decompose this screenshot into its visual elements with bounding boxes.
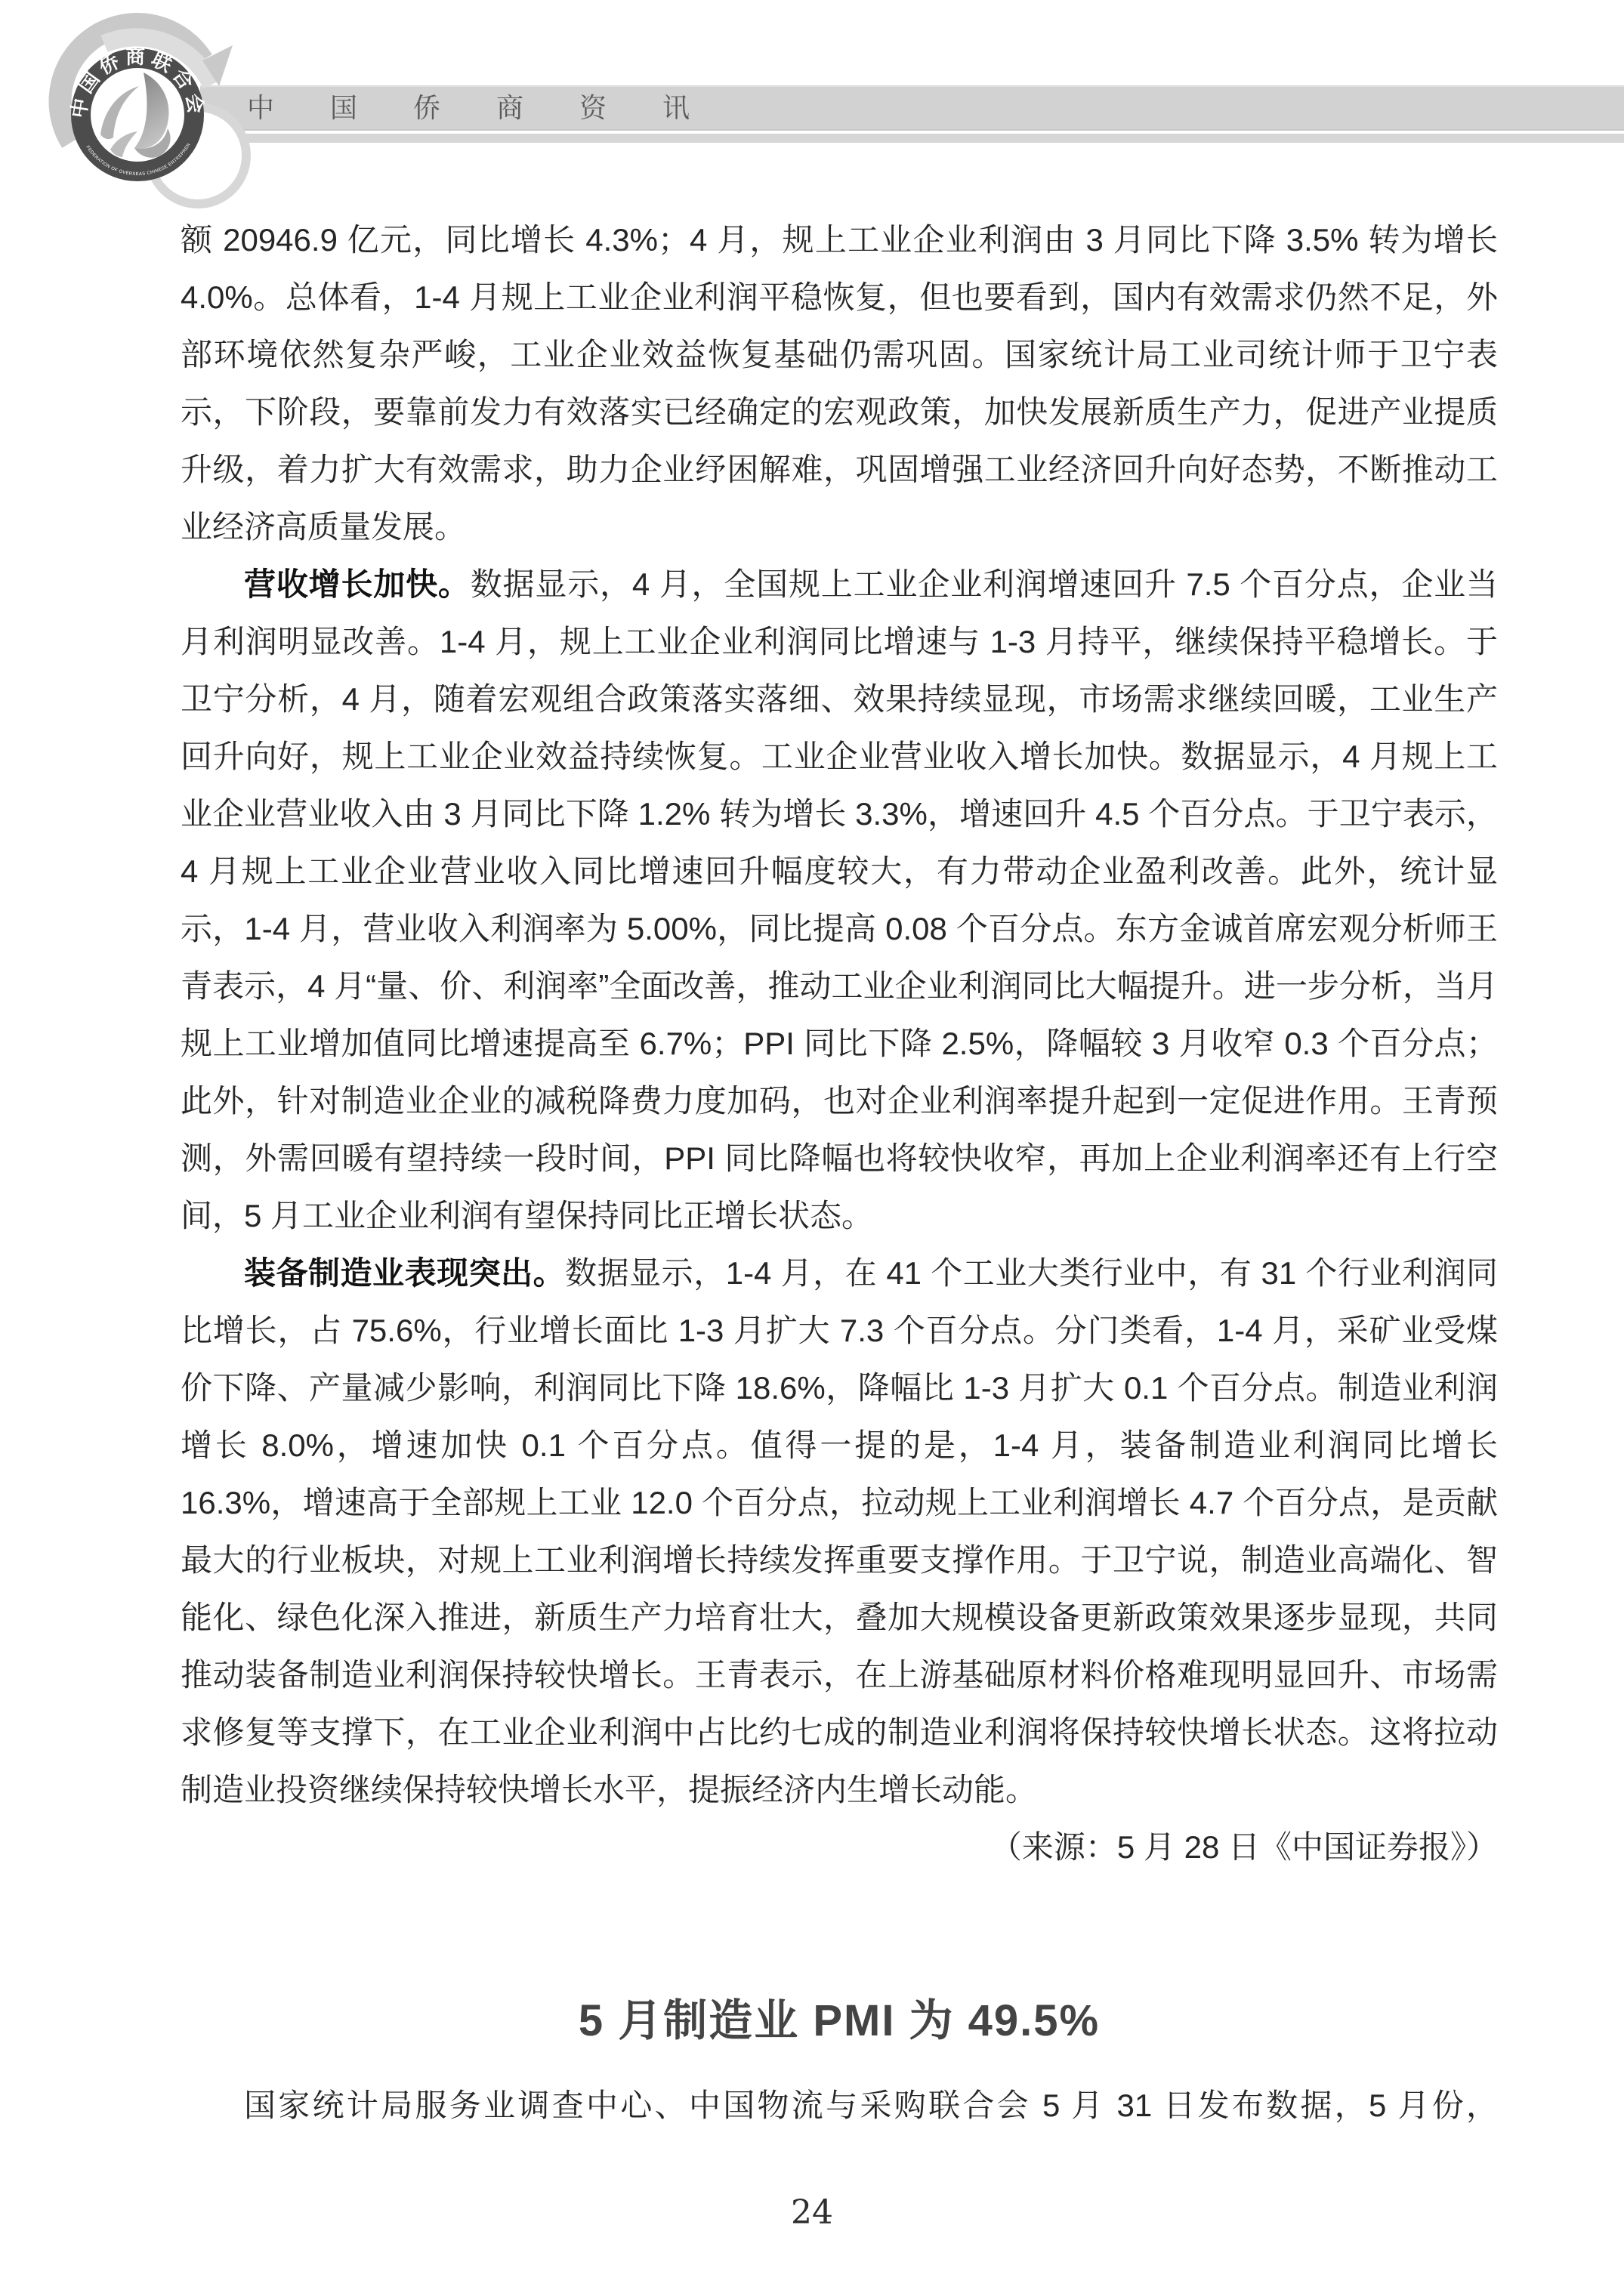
magazine-page: 中国侨商资讯 (0, 0, 1624, 2293)
article-paragraphs: 额 20946.9 亿元，同比增长 4.3%；4 月，规上工业企业利润由 3 月… (181, 211, 1498, 1819)
masthead-stripe (200, 134, 1624, 143)
paragraph-lead: 营收增长加快。 (244, 566, 471, 602)
page-number: 24 (0, 2193, 1624, 2232)
paragraph-text: 数据显示，4 月，全国规上工业企业利润增速回升 7.5 个百分点，企业当月利润明… (181, 566, 1498, 1233)
body-paragraph: 国家统计局服务业调查中心、中国物流与采购联合会 5 月 31 日发布数据，5 月… (181, 2077, 1498, 2134)
paragraph-lead: 装备制造业表现突出。 (244, 1255, 565, 1291)
federation-logo-icon: 中国侨商联合会 CHINA FEDERATION OF OVERSEAS CHI… (38, 6, 264, 240)
body-paragraph: 装备制造业表现突出。数据显示，1-4 月，在 41 个工业大类行业中，有 31 … (181, 1245, 1498, 1819)
article-body: 额 20946.9 亿元，同比增长 4.3%；4 月，规上工业企业利润由 3 月… (181, 211, 1498, 2134)
body-paragraph: 额 20946.9 亿元，同比增长 4.3%；4 月，规上工业企业利润由 3 月… (181, 211, 1498, 556)
federation-logo: 中国侨商联合会 CHINA FEDERATION OF OVERSEAS CHI… (38, 6, 264, 240)
paragraph-text: 国家统计局服务业调查中心、中国物流与采购联合会 5 月 31 日发布数据，5 月… (244, 2088, 1498, 2123)
paragraph-text: 数据显示，1-4 月，在 41 个工业大类行业中，有 31 个行业利润同比增长，… (181, 1255, 1498, 1807)
masthead-title: 中国侨商资讯 (247, 85, 746, 131)
paragraph-text: 额 20946.9 亿元，同比增长 4.3%；4 月，规上工业企业利润由 3 月… (181, 222, 1498, 545)
body-paragraph: 营收增长加快。数据显示，4 月，全国规上工业企业利润增速回升 7.5 个百分点，… (181, 556, 1498, 1245)
source-attribution: （来源：5 月 28 日《中国证券报》） (181, 1819, 1498, 1876)
section-heading: 5 月制造业 PMI 为 49.5% (181, 1988, 1498, 2054)
